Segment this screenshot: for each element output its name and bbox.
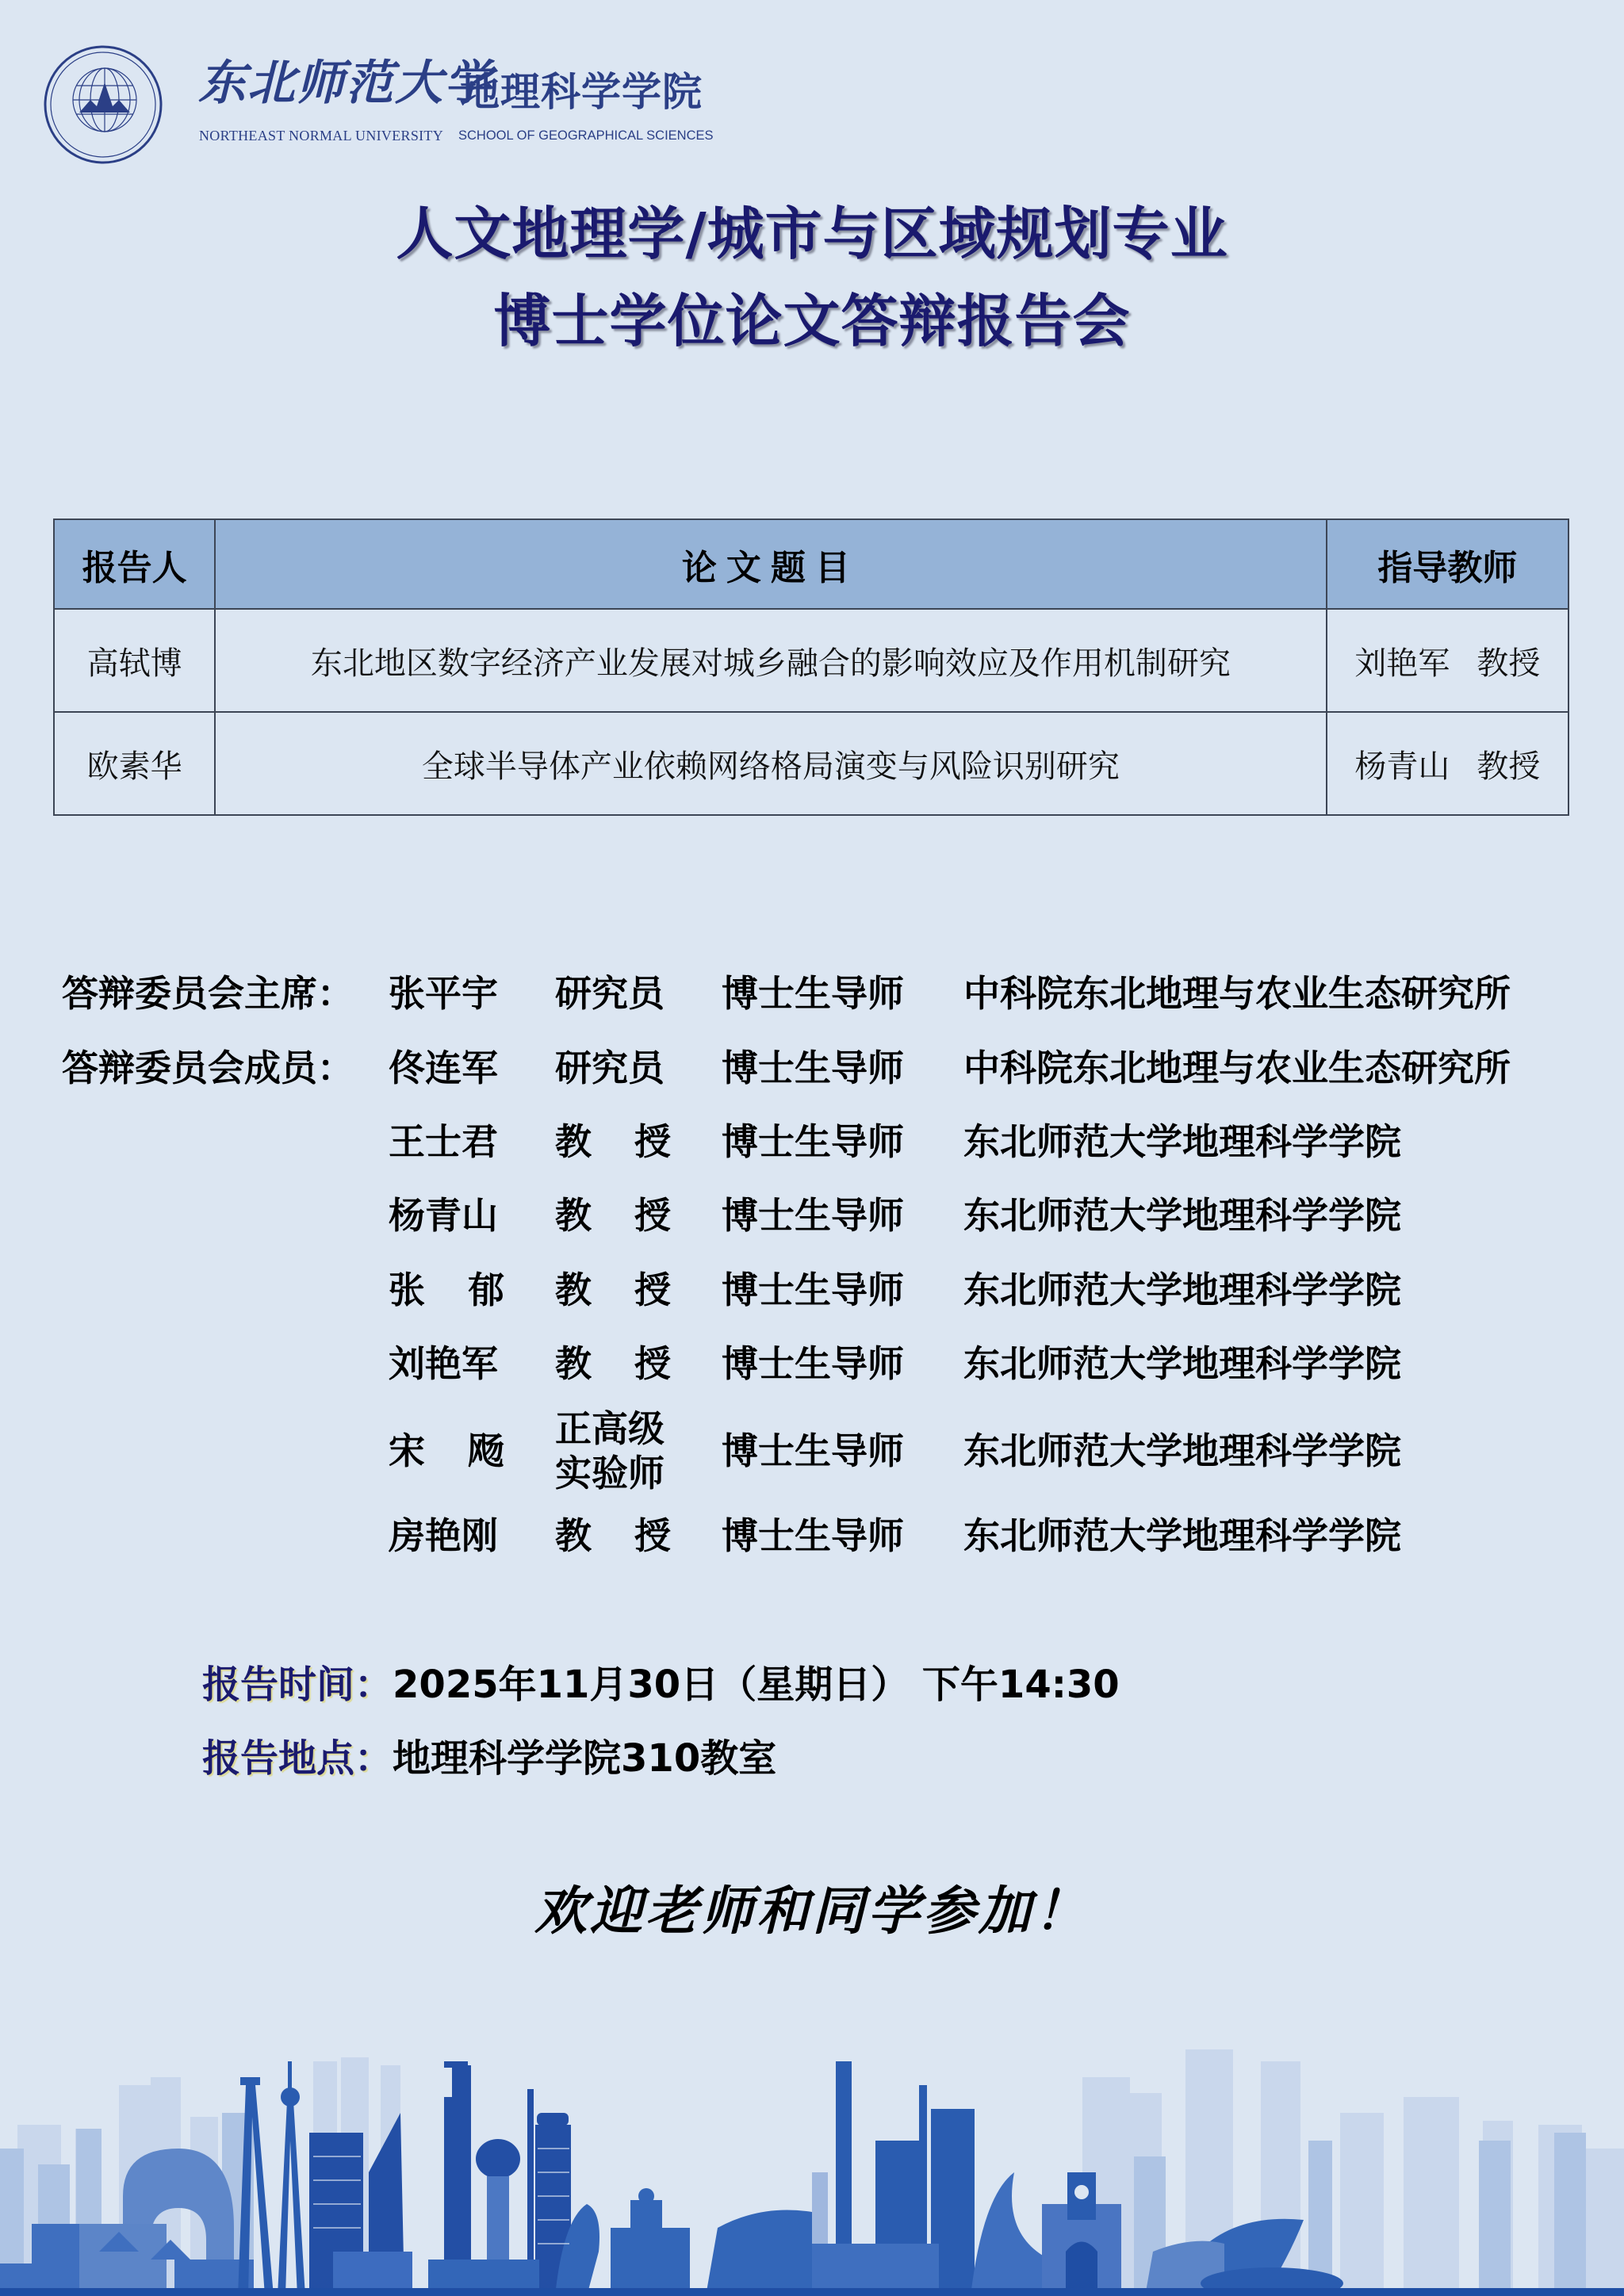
advisor-cell: 杨青山教授 [1327, 712, 1568, 815]
thesis-title: 东北地区数字经济产业发展对城乡融合的影响效应及作用机制研究 [215, 609, 1326, 712]
time-value: 2025年11月30日（星期日） 下午14:30 [393, 1663, 1120, 1707]
member-role: 博士生导师 [722, 1508, 904, 1563]
member-title: 教授 [555, 1262, 671, 1318]
member-name: 杨青山 [389, 1188, 504, 1243]
member-institution: 东北师范大学地理科学学院 [963, 1188, 1401, 1243]
table-row: 欧素华 全球半导体产业依赖网络格局演变与风险识别研究 杨青山教授 [54, 712, 1568, 815]
member-title-text: 教授 [555, 1269, 714, 1311]
committee-member-row: 房艳刚 教授 博士生导师 东北师范大学地理科学学院 [0, 1508, 1624, 1563]
member-name: 刘艳军 [389, 1336, 504, 1391]
university-name-cn: 东北师范大学 [198, 55, 493, 111]
page-title-line-2: 博士学位论文答辩报告会 [0, 285, 1624, 357]
member-name: 王士君 [389, 1114, 504, 1169]
page-title-line-1: 人文地理学/城市与区域规划专业 [0, 198, 1624, 270]
member-name: 张平宇 [389, 966, 504, 1021]
header-thesis-title: 论文题目 [215, 519, 1326, 609]
member-title: 正高级实验师 [555, 1406, 671, 1495]
table-header-row: 报告人 论文题目 指导教师 [54, 519, 1568, 609]
member-title: 教授 [555, 1508, 671, 1563]
member-name: 宋飏 [389, 1423, 504, 1479]
member-name: 张郁 [389, 1262, 504, 1318]
member-name-text: 宋飏 [389, 1429, 547, 1472]
header-reporter: 报告人 [54, 519, 215, 609]
committee-member-row: 王士君 教授 博士生导师 东北师范大学地理科学学院 [0, 1114, 1624, 1169]
table-row: 高轼博 东北地区数字经济产业发展对城乡融合的影响效应及作用机制研究 刘艳军教授 [54, 609, 1568, 712]
welcome-message: 欢迎老师和同学参加！ [0, 1879, 1624, 1942]
member-role: 博士生导师 [722, 1423, 904, 1479]
member-role: 博士生导师 [722, 1262, 904, 1318]
reporter-name: 高轼博 [54, 609, 215, 712]
committee-member-row: 刘艳军 教授 博士生导师 东北师范大学地理科学学院 [0, 1336, 1624, 1391]
member-institution: 东北师范大学地理科学学院 [963, 1508, 1401, 1563]
member-institution: 东北师范大学地理科学学院 [963, 1114, 1401, 1169]
members-label: 答辩委员会成员： [62, 1040, 354, 1096]
member-title: 研究员 [555, 966, 671, 1021]
member-title-line-2: 实验师 [555, 1451, 671, 1495]
member-title-text: 教授 [555, 1514, 714, 1557]
member-institution: 中科院东北地理与农业生态研究所 [963, 1040, 1511, 1096]
member-role: 博士生导师 [722, 1188, 904, 1243]
university-seal-icon [43, 44, 163, 165]
city-skyline-illustration [0, 2030, 1624, 2296]
member-title: 研究员 [555, 1040, 671, 1096]
member-title-text: 教授 [555, 1342, 714, 1385]
committee-chair-row: 答辩委员会主席： 张平宇 研究员 博士生导师 中科院东北地理与农业生态研究所 [0, 966, 1624, 1021]
header-advisor: 指导教师 [1327, 519, 1568, 609]
member-institution: 东北师范大学地理科学学院 [963, 1423, 1401, 1479]
member-title-line-1: 正高级 [555, 1406, 671, 1451]
member-role: 博士生导师 [722, 1040, 904, 1096]
member-title-text: 教授 [555, 1194, 714, 1237]
place-value: 地理科学学院310教室 [393, 1736, 776, 1781]
advisor-cell: 刘艳军教授 [1327, 609, 1568, 712]
member-institution: 东北师范大学地理科学学院 [963, 1262, 1401, 1318]
university-name-en: NORTHEAST NORMAL UNIVERSITY [199, 127, 443, 144]
member-role: 博士生导师 [722, 1114, 904, 1169]
advisor-title: 教授 [1477, 748, 1540, 785]
member-role: 博士生导师 [722, 1336, 904, 1391]
thesis-table: 报告人 论文题目 指导教师 高轼博 东北地区数字经济产业发展对城乡融合的影响效应… [53, 519, 1569, 816]
member-name: 佟连军 [389, 1040, 504, 1096]
time-label: 报告时间： [202, 1663, 393, 1707]
member-role: 博士生导师 [722, 966, 904, 1021]
member-name: 房艳刚 [389, 1508, 504, 1563]
advisor-name: 刘艳军 [1354, 645, 1450, 682]
committee-member-row: 张郁 教授 博士生导师 东北师范大学地理科学学院 [0, 1262, 1624, 1318]
committee-member-row: 答辩委员会成员： 佟连军 研究员 博士生导师 中科院东北地理与农业生态研究所 [0, 1040, 1624, 1096]
reporter-name: 欧素华 [54, 712, 215, 815]
college-name-cn: 地理科学学院 [460, 68, 703, 116]
committee-member-row: 杨青山 教授 博士生导师 东北师范大学地理科学学院 [0, 1188, 1624, 1243]
event-time: 报告时间：2025年11月30日（星期日） 下午14:30 [202, 1661, 1120, 1709]
member-title: 教授 [555, 1336, 671, 1391]
member-title: 教授 [555, 1188, 671, 1243]
event-place: 报告地点：地理科学学院310教室 [202, 1735, 776, 1782]
chair-label: 答辩委员会主席： [62, 966, 354, 1021]
member-name-text: 张郁 [389, 1269, 547, 1311]
committee-member-row: 宋飏 正高级实验师 博士生导师 东北师范大学地理科学学院 [0, 1423, 1624, 1479]
member-institution: 中科院东北地理与农业生态研究所 [963, 966, 1511, 1021]
advisor-name: 杨青山 [1354, 748, 1450, 785]
advisor-title: 教授 [1477, 645, 1540, 682]
member-title-text: 教授 [555, 1114, 714, 1169]
college-name-en: SCHOOL OF GEOGRAPHICAL SCIENCES [458, 127, 714, 144]
member-institution: 东北师范大学地理科学学院 [963, 1336, 1401, 1391]
thesis-title: 全球半导体产业依赖网络格局演变与风险识别研究 [215, 712, 1326, 815]
place-label: 报告地点： [202, 1736, 393, 1781]
member-title: 教授 [555, 1114, 671, 1169]
